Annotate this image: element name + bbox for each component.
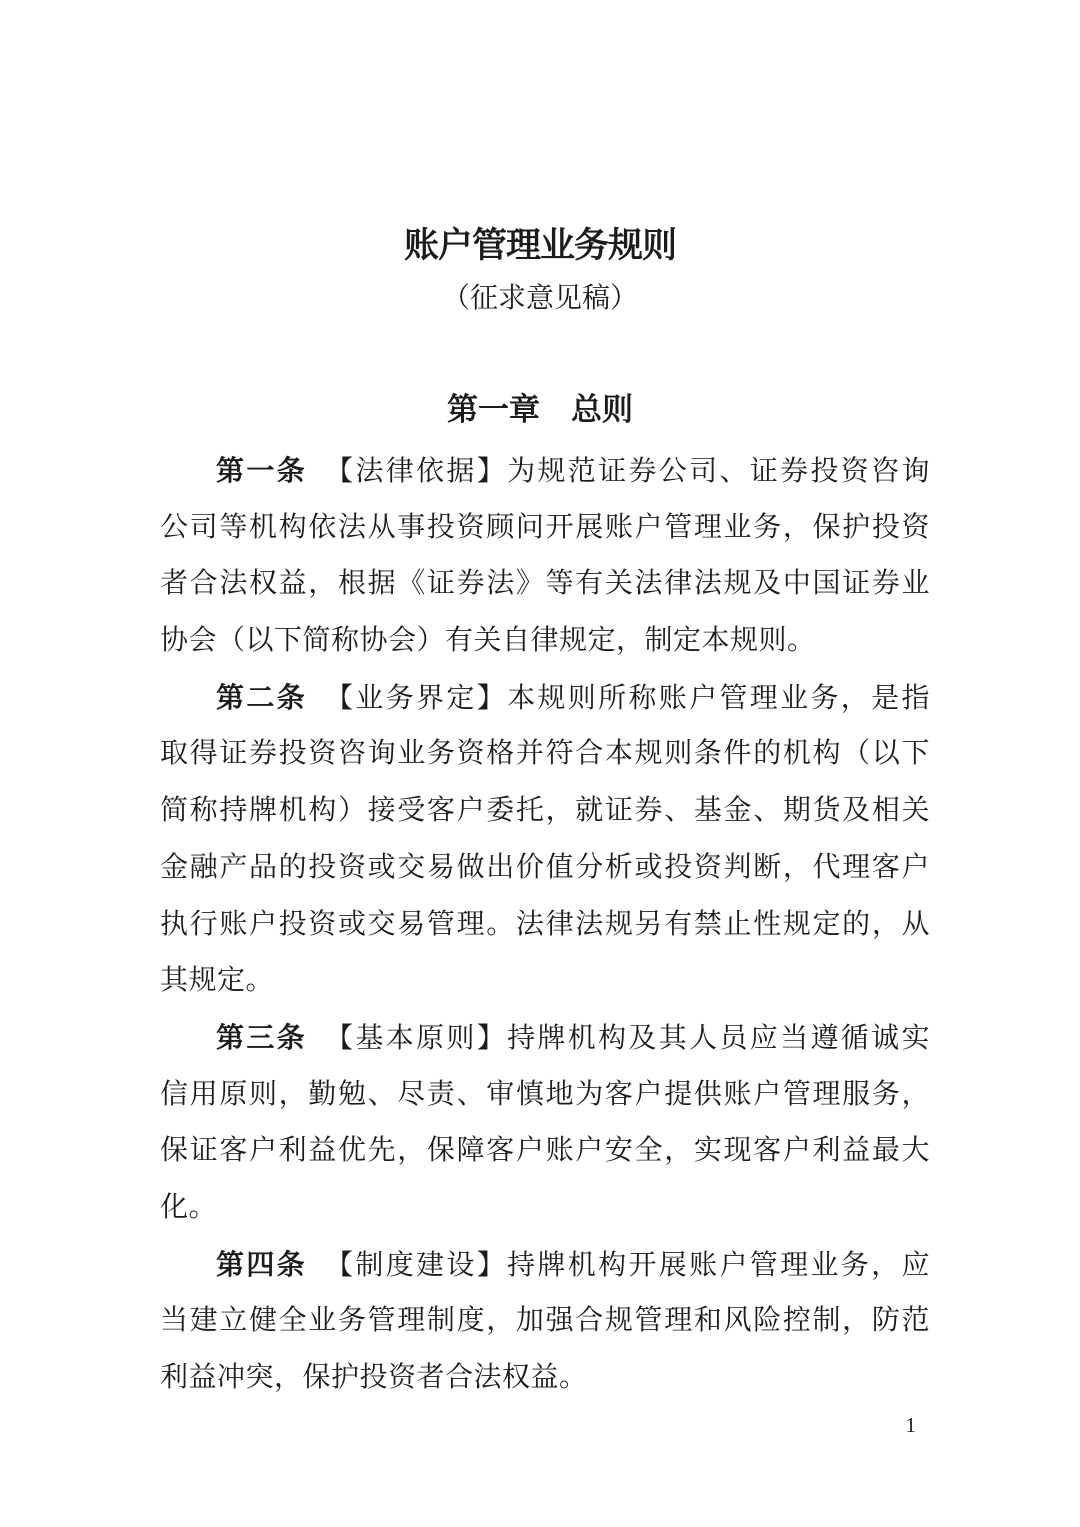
body-line: 第二条【业务界定】本规则所称账户管理业务，是指 xyxy=(160,670,930,727)
article-paragraph: 第二条【业务界定】本规则所称账户管理业务，是指取得证券投资咨询业务资格并符合本规… xyxy=(160,670,930,1010)
document-title: 账户管理业务规则 xyxy=(0,226,1080,266)
article-number: 第三条 xyxy=(216,1022,307,1053)
body-line: 利益冲突，保护投资者合法权益。 xyxy=(160,1350,930,1407)
body-line: 金融产品的投资或交易做出价值分析或投资判断，代理客户 xyxy=(160,840,930,897)
body-line: 其规定。 xyxy=(160,953,930,1010)
body-line: 保证客户利益优先，保障客户账户安全，实现客户利益最大 xyxy=(160,1123,930,1180)
body-line: 取得证券投资咨询业务资格并符合本规则条件的机构（以下 xyxy=(160,726,930,783)
article-number: 第二条 xyxy=(216,682,307,713)
article-paragraph: 第四条【制度建设】持牌机构开展账户管理业务，应当建立健全业务管理制度，加强合规管… xyxy=(160,1237,930,1407)
body-line: 第三条【基本原则】持牌机构及其人员应当遵循诚实 xyxy=(160,1010,930,1067)
body-line: 公司等机构依法从事投资顾问开展账户管理业务，保护投资 xyxy=(160,500,930,557)
body-line: 当建立健全业务管理制度，加强合规管理和风险控制，防范 xyxy=(160,1293,930,1350)
body-line: 者合法权益，根据《证券法》等有关法律法规及中国证券业 xyxy=(160,556,930,613)
body-line: 信用原则，勤勉、尽责、审慎地为客户提供账户管理服务， xyxy=(160,1067,930,1124)
body-line: 简称持牌机构）接受客户委托，就证券、基金、期货及相关 xyxy=(160,783,930,840)
chapter-heading: 第一章 总则 xyxy=(0,392,1080,428)
article-paragraph: 第三条【基本原则】持牌机构及其人员应当遵循诚实信用原则，勤勉、尽责、审慎地为客户… xyxy=(160,1010,930,1237)
body-line: 执行账户投资或交易管理。法律法规另有禁止性规定的，从 xyxy=(160,897,930,954)
page-number: 1 xyxy=(906,1413,917,1437)
body-line: 化。 xyxy=(160,1180,930,1237)
document-subtitle: （征求意见稿） xyxy=(0,281,1080,317)
article-number: 第四条 xyxy=(216,1249,307,1280)
article-paragraph: 第一条【法律依据】为规范证券公司、证券投资咨询公司等机构依法从事投资顾问开展账户… xyxy=(160,443,930,670)
article-number: 第一条 xyxy=(216,455,307,486)
document-page: 账户管理业务规则 （征求意见稿） 第一章 总则 第一条【法律依据】为规范证券公司… xyxy=(0,0,1080,1527)
body-line: 第一条【法律依据】为规范证券公司、证券投资咨询 xyxy=(160,443,930,500)
document-body: 第一条【法律依据】为规范证券公司、证券投资咨询公司等机构依法从事投资顾问开展账户… xyxy=(160,443,930,1407)
body-line: 协会（以下简称协会）有关自律规定，制定本规则。 xyxy=(160,613,930,670)
body-line: 第四条【制度建设】持牌机构开展账户管理业务，应 xyxy=(160,1237,930,1294)
